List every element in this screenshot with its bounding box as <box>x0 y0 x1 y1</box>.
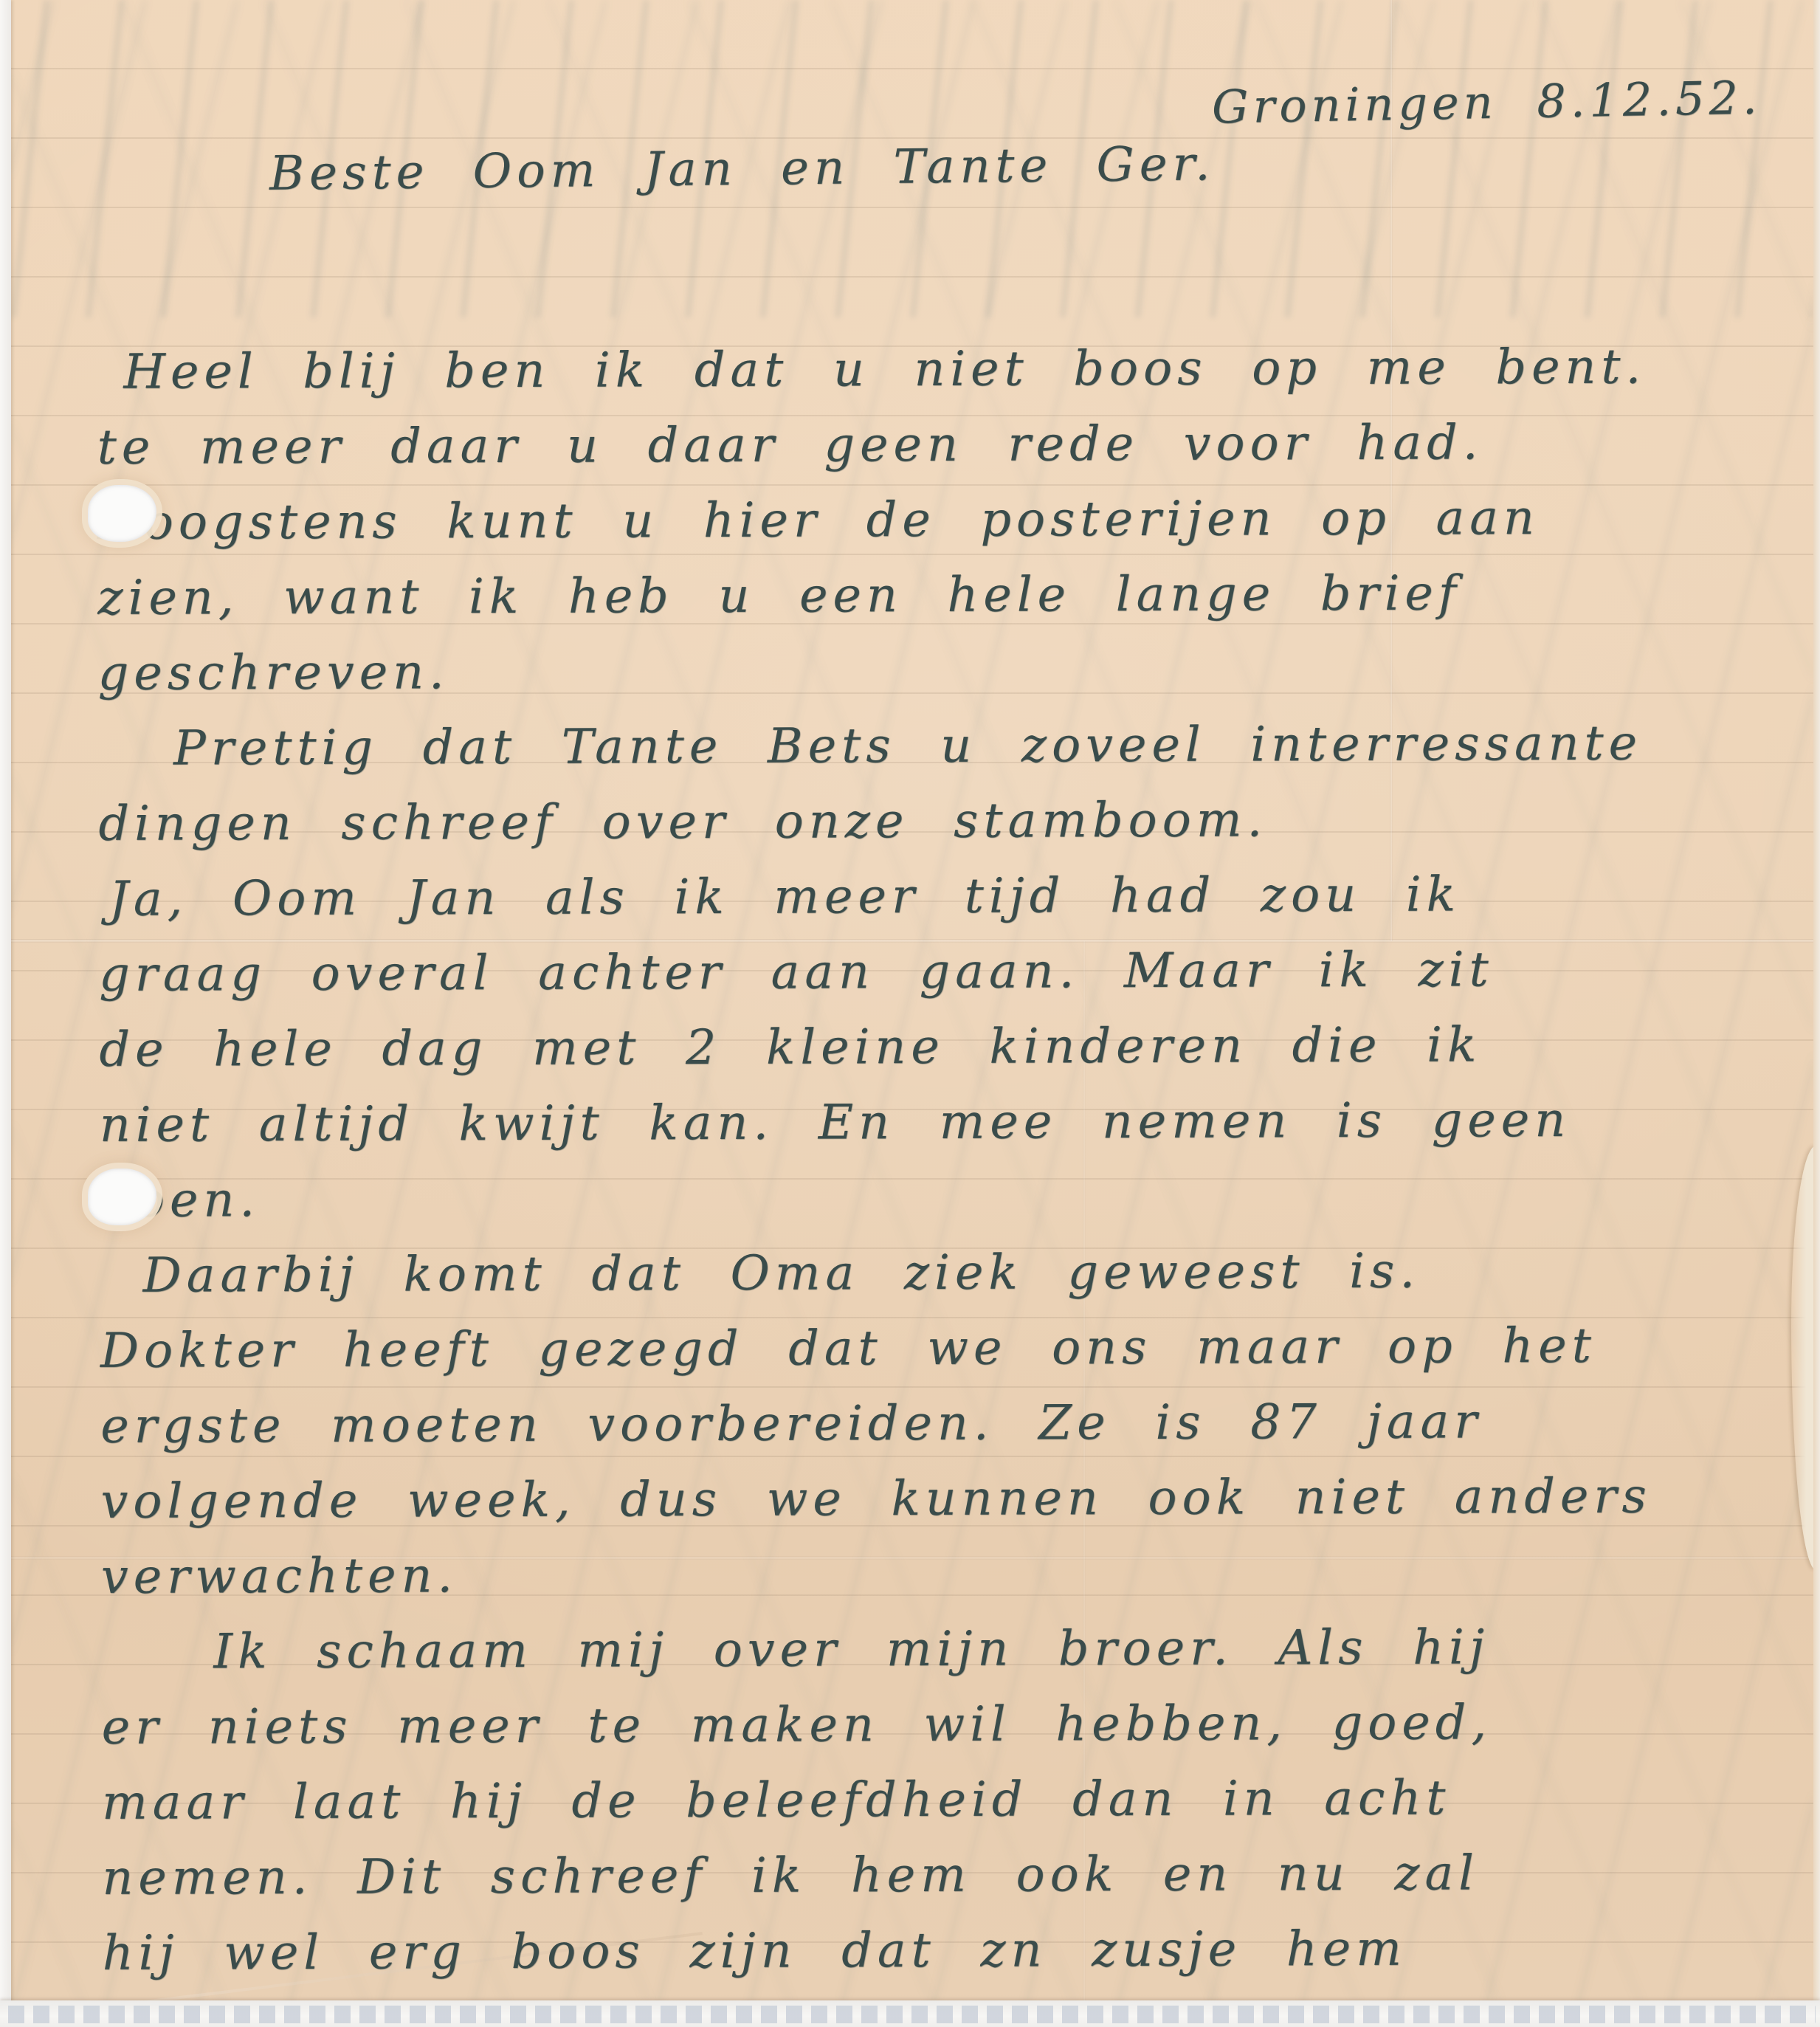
plastic-sleeve-edge-left <box>0 0 11 2027</box>
handwriting-line: dingen schreef over onze stamboom. <box>98 781 1760 862</box>
handwriting-line: graag overal achter aan gaan. Maar ik zi… <box>99 932 1761 1013</box>
handwriting-line: zien, want ik heb u een hele lange brief <box>97 555 1759 636</box>
handwriting-line: nemen. Dit schreef ik hem ook en nu zal <box>102 1835 1764 1916</box>
handwriting-line: hij wel erg boos zijn dat zn zusje hem <box>103 1910 1765 1992</box>
plastic-sleeve-edge-bottom <box>0 2000 1820 2027</box>
handwriting-line: Prettig dat Tante Bets u zoveel interres… <box>98 706 1760 787</box>
place-and-date: Groningen 8.12.52. <box>1212 71 1762 134</box>
handwriting-line: Daarbij komt dat Oma ziek geweest is. <box>100 1233 1762 1314</box>
handwriting-line: Hoogstens kunt u hier de posterijen op a… <box>97 480 1759 561</box>
handwriting-line: niet altijd kwijt kan. En mee nemen is g… <box>100 1082 1762 1163</box>
handwriting-line: Dokter heeft gezegd dat we ons maar op h… <box>100 1308 1762 1389</box>
scanned-letter-page: Groningen 8.12.52. Beste Oom Jan en Tant… <box>0 0 1820 2027</box>
handwriting-line: Heel blij ben ik dat u niet boos op me b… <box>97 329 1759 410</box>
handwriting-line: maar laat hij de beleefdheid dan in acht <box>102 1760 1764 1841</box>
handwriting-line: Ja, Oom Jan als ik meer tijd had zou ik <box>99 856 1761 937</box>
plastic-sleeve-edge-right <box>1813 0 1820 2027</box>
handwriting-line: ergste moeten voorbereiden. Ze is 87 jaa… <box>100 1383 1762 1465</box>
handwriting-line: geschreven. <box>98 630 1760 712</box>
letter-paper: Groningen 8.12.52. Beste Oom Jan en Tant… <box>11 0 1813 2005</box>
salutation: Beste Oom Jan en Tante Ger. <box>269 137 1216 201</box>
handwriting-line: te meer daar u daar geen rede voor had. <box>97 405 1759 486</box>
handwriting-line: de hele dag met 2 kleine kinderen die ik <box>99 1007 1761 1088</box>
letter-body: Heel blij ben ik dat u niet boos op me b… <box>97 329 1765 1992</box>
handwriting-line: Ik schaam mij over mijn broer. Als hij <box>101 1609 1763 1690</box>
handwriting-line: verwachten. <box>101 1534 1763 1615</box>
handwriting-line: er niets meer te maken wil hebben, goed, <box>101 1684 1763 1766</box>
handwriting-line: volgende week, dus we kunnen ook niet an… <box>100 1459 1762 1540</box>
handwriting-line: doen. <box>100 1157 1762 1239</box>
